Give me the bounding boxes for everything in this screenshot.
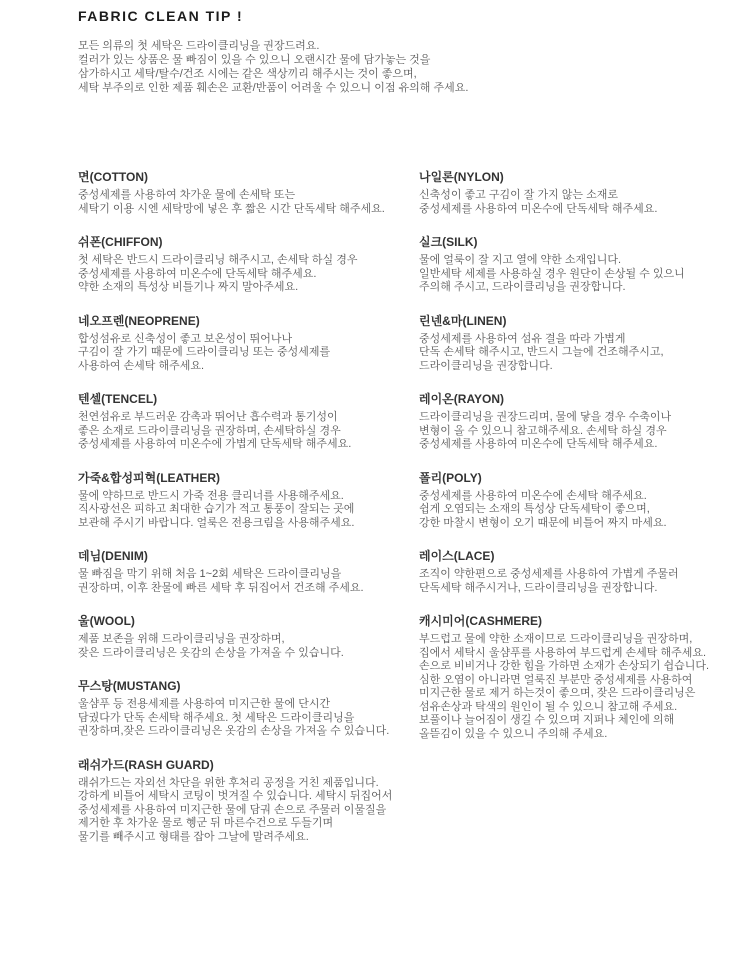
care-instruction-line: 중성세제를 사용하여 섬유 결을 따라 가볍게 [419,333,740,347]
section-heading: 래쉬가드(RASH GUARD) [78,758,419,773]
care-instruction-line: 강하게 비틀어 세탁시 코팅이 벗겨질 수 있습니다. 세탁시 뒤집어서 [78,790,419,804]
section-heading: 가죽&합성피혁(LEATHER) [78,471,419,486]
fabric-section-silk: 실크(SILK)물에 얼룩이 잘 지고 열에 약한 소재입니다.일반세탁 세제를… [419,235,740,295]
care-instruction-line: 중성세제를 사용하여 미온수에 단독세탁 해주세요. [419,203,740,217]
section-heading: 텐셀(TENCEL) [78,392,419,407]
fabric-section-rayon: 레이온(RAYON)드라이클리닝을 권장드리며, 물에 닿을 경우 수축이나변형… [419,392,740,452]
care-instruction-line: 미지근한 물로 제거 하는것이 좋으며, 잦은 드라이클리닝은 [419,687,740,701]
care-instruction-line: 중성세제를 사용하여 미온수에 가볍게 단독세탁 해주세요. [78,438,419,452]
care-instruction-line: 합성섬유로 신축성이 좋고 보온성이 뛰어나나 [78,333,419,347]
intro-paragraph: 모든 의류의 첫 세탁은 드라이클리닝을 권장드려요. 컬러가 있는 상품은 물… [78,39,468,95]
care-instruction-line: 물 빠짐을 막기 위해 처음 1~2회 세탁은 드라이클리닝을 [78,568,419,582]
care-instruction-line: 울샴푸 등 전용세제를 사용하여 미지근한 물에 단시간 [78,698,419,712]
care-instruction-line: 세탁기 이용 시엔 세탁망에 넣은 후 짧은 시간 단독세탁 해주세요. [78,203,419,217]
section-heading: 울(WOOL) [78,614,419,629]
care-instruction-line: 강한 마찰시 변형이 오기 때문에 비틀어 짜지 마세요. [419,517,740,531]
care-instruction-line: 담궜다가 단독 손세탁 해주세요. 첫 세탁은 드라이클리닝을 [78,712,419,726]
care-instruction-line: 좋은 소재로 드라이클리닝을 권장하며, 손세탁하실 경우 [78,425,419,439]
care-instruction-line: 제거한 후 차가운 물로 헹군 뒤 마른수건으로 두들기며 [78,817,419,831]
care-instruction-line: 중성세제를 사용하여 미온수에 손세탁 해주세요. [419,490,740,504]
care-instruction-line: 물기를 빼주시고 형태를 잡아 그날에 말려주세요. [78,831,419,845]
fabric-section-rash-guard: 래쉬가드(RASH GUARD)래쉬가드는 자외선 차단을 위한 후처리 공정을… [78,758,419,845]
care-instruction-line: 직사광선은 피하고 최대한 습기가 적고 통풍이 잘되는 곳에 [78,503,419,517]
fabric-section-linen: 린넨&마(LINEN)중성세제를 사용하여 섬유 결을 따라 가볍게단독 손세탁… [419,314,740,374]
fabric-section-lace: 레이스(LACE)조직이 약한편으로 중성세제를 사용하여 가볍게 주물러단독세… [419,549,740,595]
care-instruction-line: 주의해 주시고, 드라이클리닝을 권장합니다. [419,281,740,295]
intro-line: 모든 의류의 첫 세탁은 드라이클리닝을 권장드려요. [78,39,468,53]
care-instruction-line: 구김이 잘 가기 때문에 드라이클리닝 또는 중성세제를 [78,346,419,360]
fabric-section-nylon: 나일론(NYLON)신축성이 좋고 구김이 잘 가지 않는 소재로중성세제를 사… [419,170,740,216]
left-column: 면(COTTON)중성세제를 사용하여 차가운 물에 손세탁 또는세탁기 이용 … [78,170,419,863]
intro-line: 세탁 부주의로 인한 제품 훼손은 교환/반품이 어려울 수 있으니 이점 유의… [78,81,468,95]
care-instruction-line: 손으로 비비거나 강한 힘을 가하면 소재가 손상되기 쉽습니다. [419,660,740,674]
care-instruction-line: 신축성이 좋고 구김이 잘 가지 않는 소재로 [419,189,740,203]
care-instruction-line: 보풀이나 늘어짐이 생길 수 있으며 지퍼나 체인에 의해 [419,714,740,728]
fabric-section-wool: 울(WOOL)제품 보존을 위해 드라이클리닝을 권장하며,잦은 드라이클리닝은… [78,614,419,660]
care-instruction-line: 드라이클리닝을 권장드리며, 물에 닿을 경우 수축이나 [419,411,740,425]
fabric-section-tencel: 텐셀(TENCEL)천연섬유로 부드러운 감촉과 뛰어난 흡수력과 통기성이좋은… [78,392,419,452]
section-heading: 레이온(RAYON) [419,392,740,407]
care-instruction-line: 부드럽고 물에 약한 소재이므로 드라이클리닝을 권장하며, [419,633,740,647]
right-column: 나일론(NYLON)신축성이 좋고 구김이 잘 가지 않는 소재로중성세제를 사… [419,170,740,863]
care-instruction-line: 드라이클리닝을 권장합니다. [419,360,740,374]
care-instruction-line: 물에 약하므로 반드시 가죽 전용 클리너를 사용해주세요. [78,490,419,504]
care-instruction-line: 단독세탁 해주시거나, 드라이클리닝을 권장합니다. [419,582,740,596]
care-instruction-line: 보관해 주시기 바랍니다. 얼룩은 전용크림을 사용해주세요. [78,517,419,531]
care-instruction-line: 중성세제를 사용하여 미온수에 단독세탁 해주세요. [419,438,740,452]
fabric-columns: 면(COTTON)중성세제를 사용하여 차가운 물에 손세탁 또는세탁기 이용 … [78,170,740,863]
care-instruction-line: 사용하여 손세탁 해주세요. [78,360,419,374]
section-heading: 나일론(NYLON) [419,170,740,185]
fabric-clean-tip-page: FABRIC CLEAN TIP ! 모든 의류의 첫 세탁은 드라이클리닝을 … [0,0,750,977]
section-heading: 면(COTTON) [78,170,419,185]
care-instruction-line: 첫 세탁은 반드시 드라이클리닝 해주시고, 손세탁 하실 경우 [78,254,419,268]
care-instruction-line: 잦은 드라이클리닝은 옷감의 손상을 가져올 수 있습니다. [78,647,419,661]
care-instruction-line: 쉽게 오염되는 소재의 특성상 단독세탁이 좋으며, [419,503,740,517]
section-heading: 실크(SILK) [419,235,740,250]
care-instruction-line: 일반세탁 세제를 사용하실 경우 원단이 손상될 수 있으니 [419,268,740,282]
care-instruction-line: 약한 소재의 특성상 비틀기나 짜지 말아주세요. [78,281,419,295]
care-instruction-line: 섬유손상과 탁색의 원인이 될 수 있으니 참고해 주세요. [419,701,740,715]
section-heading: 데님(DENIM) [78,549,419,564]
section-heading: 폴리(POLY) [419,471,740,486]
care-instruction-line: 천연섬유로 부드러운 감촉과 뛰어난 흡수력과 통기성이 [78,411,419,425]
care-instruction-line: 심한 오염이 아니라면 얼룩진 부분만 중성세제를 사용하여 [419,674,740,688]
care-instruction-line: 래쉬가드는 자외선 차단을 위한 후처리 공정을 거친 제품입니다. [78,777,419,791]
care-instruction-line: 올뜯김이 있을 수 있으니 주의해 주세요. [419,728,740,742]
intro-line: 삼가하시고 세탁/탈수/건조 시에는 같은 색상끼리 해주시는 것이 좋으며, [78,67,468,81]
fabric-section-cashmere: 캐시미어(CASHMERE)부드럽고 물에 약한 소재이므로 드라이클리닝을 권… [419,614,740,741]
intro-line: 컬러가 있는 상품은 물 빠짐이 있을 수 있으니 오랜시간 물에 담가놓는 것… [78,53,468,67]
fabric-section-cotton: 면(COTTON)중성세제를 사용하여 차가운 물에 손세탁 또는세탁기 이용 … [78,170,419,216]
section-heading: 쉬폰(CHIFFON) [78,235,419,250]
care-instruction-line: 물에 얼룩이 잘 지고 열에 약한 소재입니다. [419,254,740,268]
care-instruction-line: 중성세제를 사용하여 미지근한 물에 담궈 손으로 주물러 이물질을 [78,804,419,818]
care-instruction-line: 제품 보존을 위해 드라이클리닝을 권장하며, [78,633,419,647]
fabric-section-leather: 가죽&합성피혁(LEATHER)물에 약하므로 반드시 가죽 전용 클리너를 사… [78,471,419,531]
fabric-section-denim: 데님(DENIM)물 빠짐을 막기 위해 처음 1~2회 세탁은 드라이클리닝을… [78,549,419,595]
fabric-section-mustang: 무스탕(MUSTANG)울샴푸 등 전용세제를 사용하여 미지근한 물에 단시간… [78,679,419,739]
section-heading: 캐시미어(CASHMERE) [419,614,740,629]
care-instruction-line: 단독 손세탁 해주시고, 반드시 그늘에 건조해주시고, [419,346,740,360]
fabric-section-poly: 폴리(POLY)중성세제를 사용하여 미온수에 손세탁 해주세요.쉽게 오염되는… [419,471,740,531]
care-instruction-line: 중성세제를 사용하여 차가운 물에 손세탁 또는 [78,189,419,203]
care-instruction-line: 조직이 약한편으로 중성세제를 사용하여 가볍게 주물러 [419,568,740,582]
care-instruction-line: 권장하며,잦은 드라이클리닝은 옷감의 손상을 가져올 수 있습니다. [78,725,419,739]
section-heading: 레이스(LACE) [419,549,740,564]
care-instruction-line: 권장하며, 이후 찬물에 빠른 세탁 후 뒤집어서 건조해 주세요. [78,582,419,596]
fabric-section-neoprene: 네오프렌(NEOPRENE)합성섬유로 신축성이 좋고 보온성이 뛰어나나구김이… [78,314,419,374]
care-instruction-line: 중성세제를 사용하여 미온수에 단독세탁 해주세요. [78,268,419,282]
section-heading: 린넨&마(LINEN) [419,314,740,329]
page-title: FABRIC CLEAN TIP ! [78,8,243,24]
care-instruction-line: 집에서 세탁시 울샴푸를 사용하여 부드럽게 손세탁 해주세요. [419,647,740,661]
fabric-section-chiffon: 쉬폰(CHIFFON)첫 세탁은 반드시 드라이클리닝 해주시고, 손세탁 하실… [78,235,419,295]
section-heading: 무스탕(MUSTANG) [78,679,419,694]
care-instruction-line: 변형이 올 수 있으니 참고해주세요. 손세탁 하실 경우 [419,425,740,439]
section-heading: 네오프렌(NEOPRENE) [78,314,419,329]
